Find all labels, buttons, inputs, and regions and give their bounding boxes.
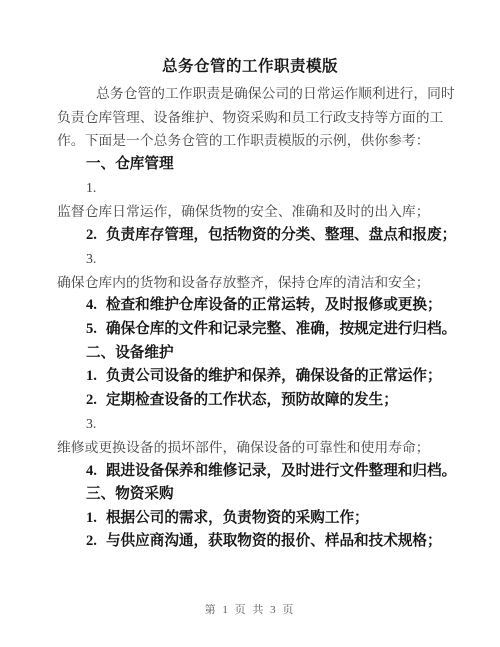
list-item-number: 3. — [57, 412, 450, 436]
list-item-text: 负责库存管理，包括物资的分类、整理、盘点和报废； — [106, 227, 456, 243]
list-item-number: 1. — [57, 176, 450, 200]
list-item-text: 维修或更换设备的损坏部件，确保设备的可靠性和使用寿命； — [57, 436, 450, 460]
list-item-number: 1. — [86, 365, 97, 389]
list-item-text: 与供应商沟通，获取物资的报价、样品和技术规格； — [106, 533, 442, 549]
list-item: 1.根据公司的需求，负责物资的采购工作； — [57, 507, 450, 531]
list-item-text: 监督仓库日常运作，确保货物的安全、准确和及时的出入库； — [57, 200, 450, 224]
list-item: 5.确保仓库的文件和记录完整、准确，按规定进行归档。 — [57, 318, 450, 342]
list-item-text: 确保仓库的文件和记录完整、准确，按规定进行归档。 — [106, 321, 456, 337]
list-item-number: 2. — [86, 530, 97, 554]
list-item: 2.定期检查设备的工作状态，预防故障的发生； — [57, 389, 450, 413]
intro-line: 负责仓库管理、设备维护、物资采购和员工行政支持等方面的工 — [57, 106, 450, 130]
list-item-text: 确保仓库内的货物和设备存放整齐，保持仓库的清洁和安全； — [57, 271, 450, 295]
list-item-text: 跟进设备保养和维修记录，及时进行文件整理和归档。 — [106, 463, 456, 479]
list-item: 2.负责库存管理，包括物资的分类、整理、盘点和报废； — [57, 224, 450, 248]
section-heading-equipment: 二、设备维护 — [57, 342, 450, 366]
list-item-text: 根据公司的需求，负责物资的采购工作； — [106, 510, 369, 526]
document-page: 总务仓管的工作职责模版 总务仓管的工作职责是确保公司的日常运作顺利进行，同时 负… — [0, 0, 500, 647]
section-heading-warehouse: 一、仓库管理 — [57, 153, 450, 177]
list-item-number: 4. — [86, 460, 97, 484]
list-item-number: 5. — [86, 318, 97, 342]
list-item: 4.检查和维护仓库设备的正常运转，及时报修或更换； — [57, 294, 450, 318]
intro-line: 总务仓管的工作职责是确保公司的日常运作顺利进行，同时 — [57, 82, 450, 106]
section-heading-procurement: 三、物资采购 — [57, 483, 450, 507]
document-body: 总务仓管的工作职责是确保公司的日常运作顺利进行，同时 负责仓库管理、设备维护、物… — [57, 82, 450, 554]
intro-line: 作。下面是一个总务仓管的工作职责模版的示例，供你参考： — [57, 129, 450, 153]
document-title: 总务仓管的工作职责模版 — [0, 54, 500, 80]
list-item-number: 2. — [86, 224, 97, 248]
list-item: 2.与供应商沟通，获取物资的报价、样品和技术规格； — [57, 530, 450, 554]
list-item-number: 1. — [86, 507, 97, 531]
list-item-number: 2. — [86, 389, 97, 413]
list-item-number: 3. — [57, 247, 450, 271]
list-item: 4.跟进设备保养和维修记录，及时进行文件整理和归档。 — [57, 460, 450, 484]
list-item: 1.负责公司设备的维护和保养，确保设备的正常运作； — [57, 365, 450, 389]
list-item-number: 4. — [86, 294, 97, 318]
list-item-text: 定期检查设备的工作状态，预防故障的发生； — [106, 392, 398, 408]
list-item-text: 检查和维护仓库设备的正常运转，及时报修或更换； — [106, 297, 442, 313]
list-item-text: 负责公司设备的维护和保养，确保设备的正常运作； — [106, 368, 442, 384]
page-number-footer: 第 1 页 共 3 页 — [0, 602, 500, 618]
